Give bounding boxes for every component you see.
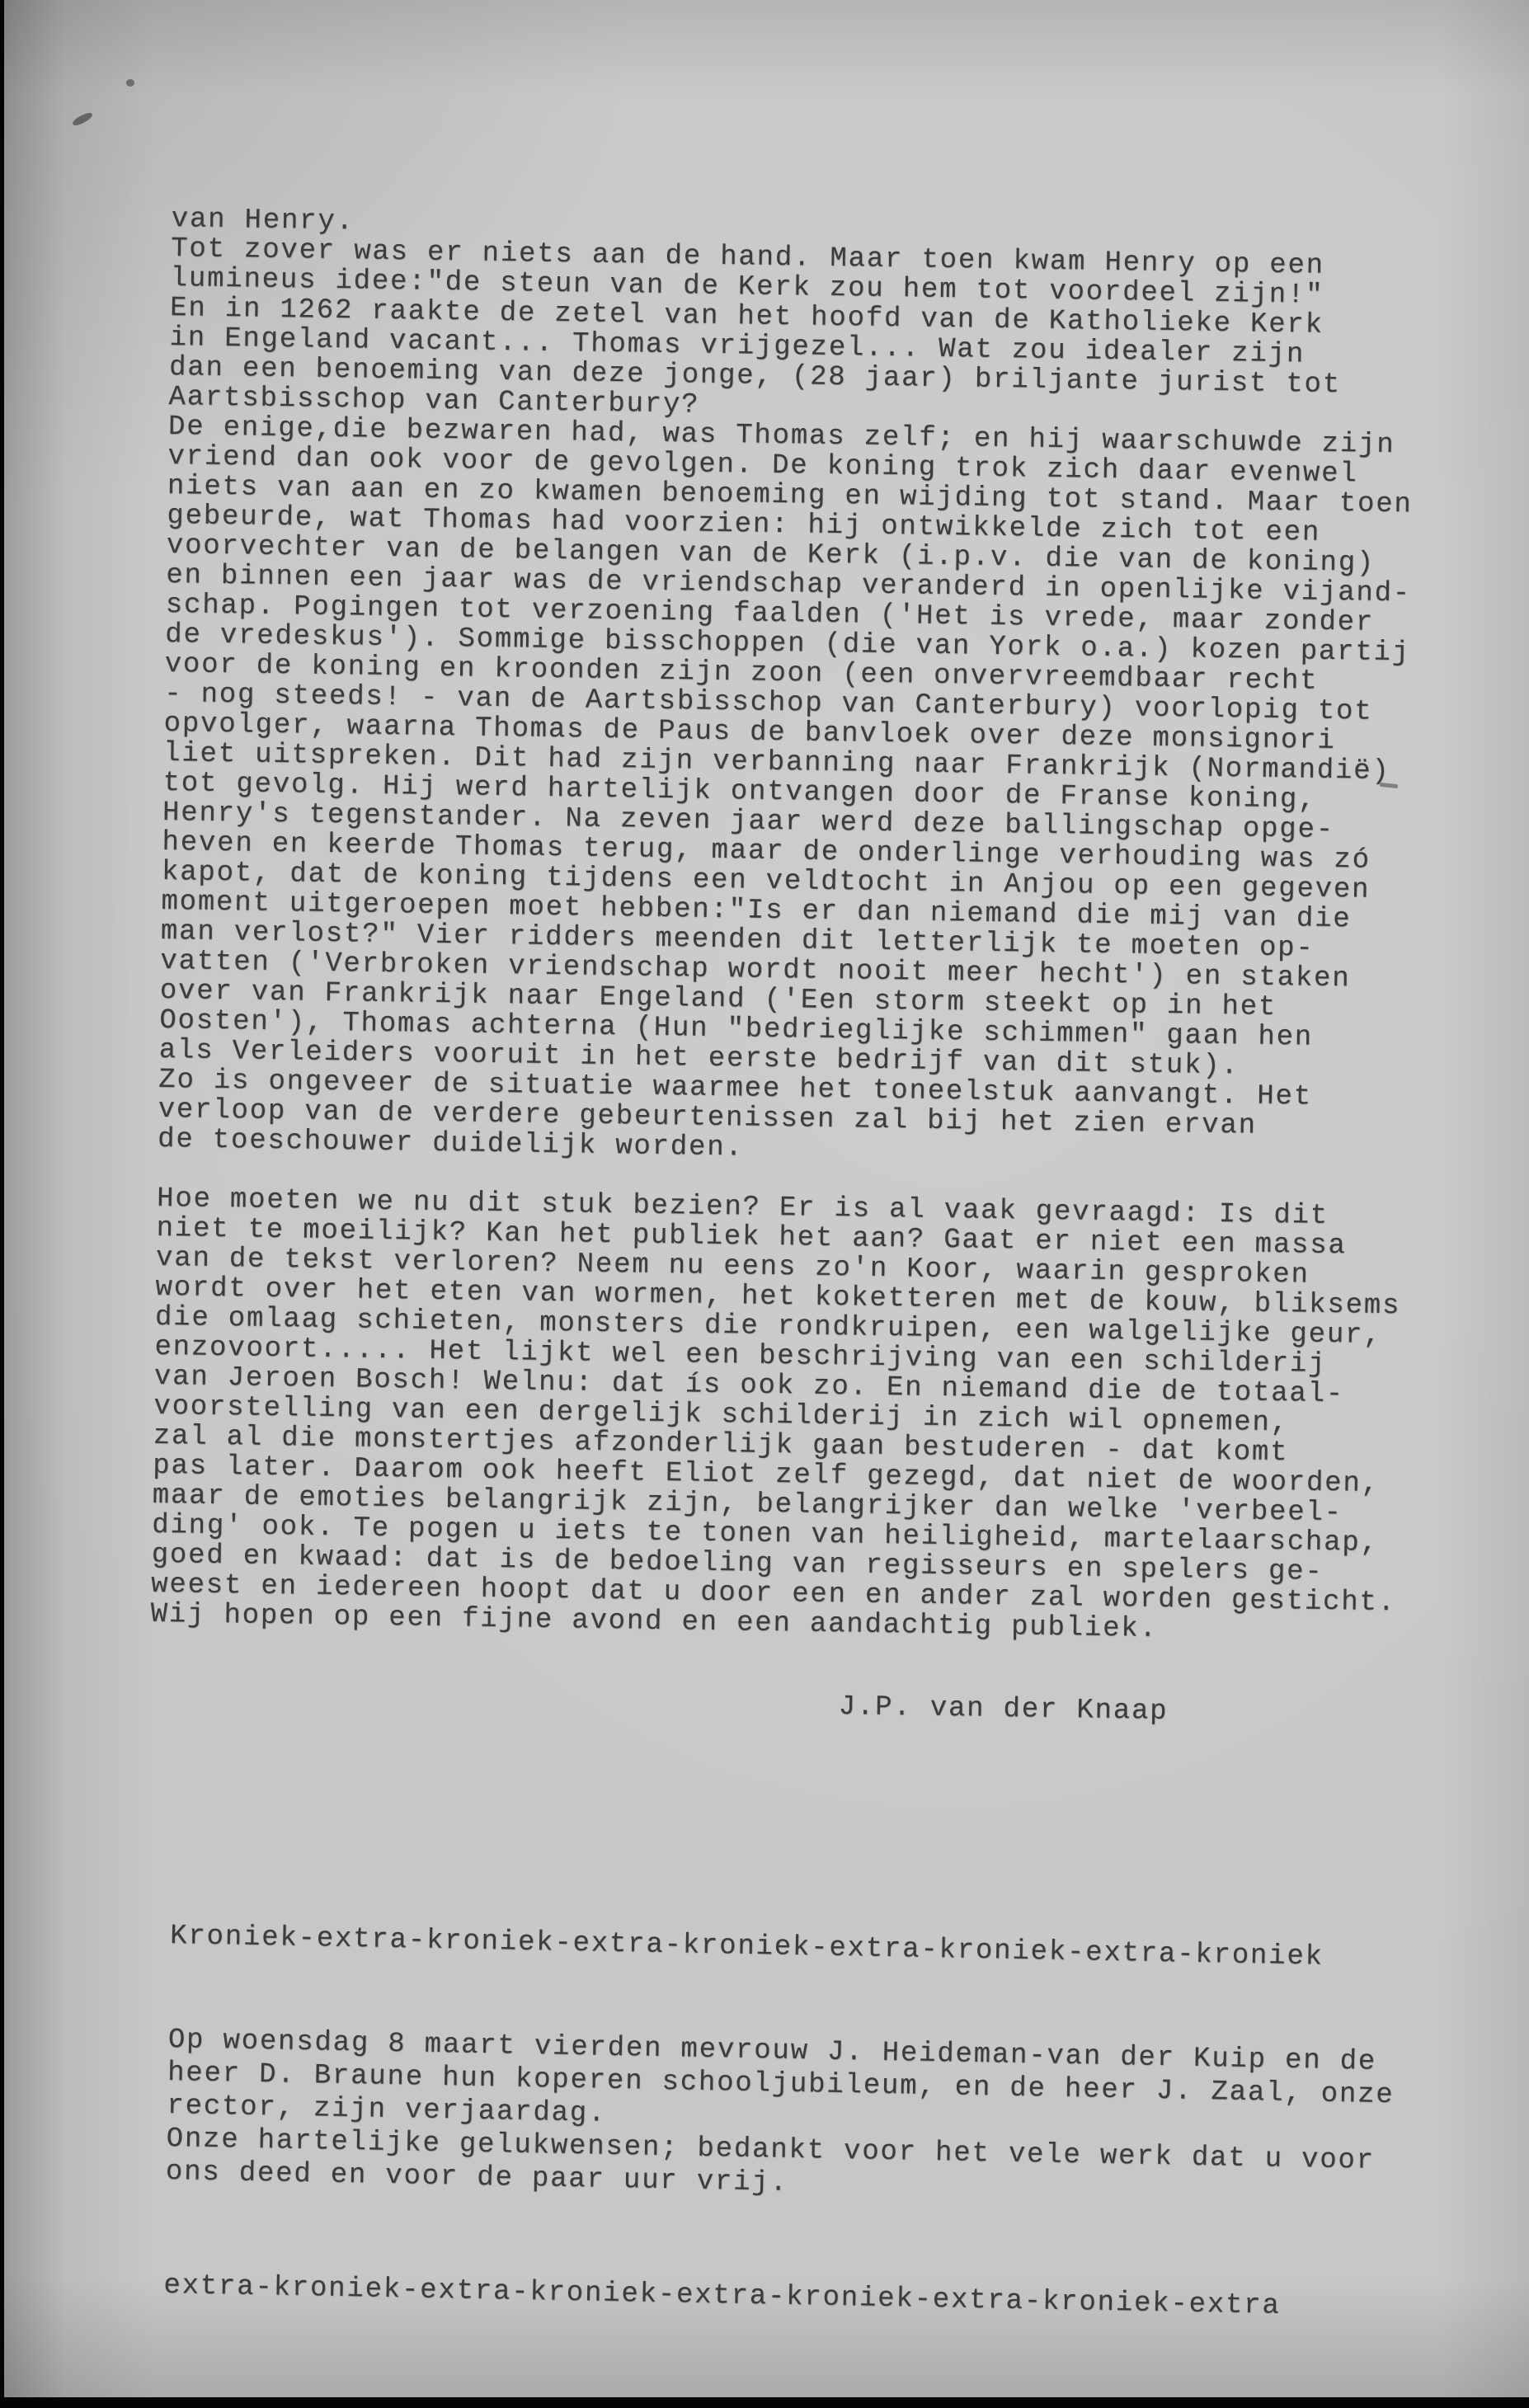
typewritten-page: van Henry.Tot zover was er niets aan de … [4, 0, 1529, 2397]
chronicle-footer: extra-kroniek-extra-kroniek-extra-kronie… [163, 2269, 1390, 2325]
signature: J.P. van der Knaap [838, 1692, 1168, 1727]
chronicle-body: Op woensdag 8 maart vierden mevrouw J. H… [166, 2024, 1395, 2211]
ink-speck [126, 79, 134, 87]
scanned-photo: van Henry.Tot zover was er niets aan de … [0, 0, 1529, 2408]
chronicle-section: Kroniek-extra-kroniek-extra-kroniek-extr… [162, 1854, 1399, 2391]
ink-speck [71, 111, 93, 127]
chronicle-header: Kroniek-extra-kroniek-extra-kroniek-extr… [170, 1920, 1397, 1975]
main-text: van Henry.Tot zover was er niets aan de … [150, 205, 1416, 1648]
